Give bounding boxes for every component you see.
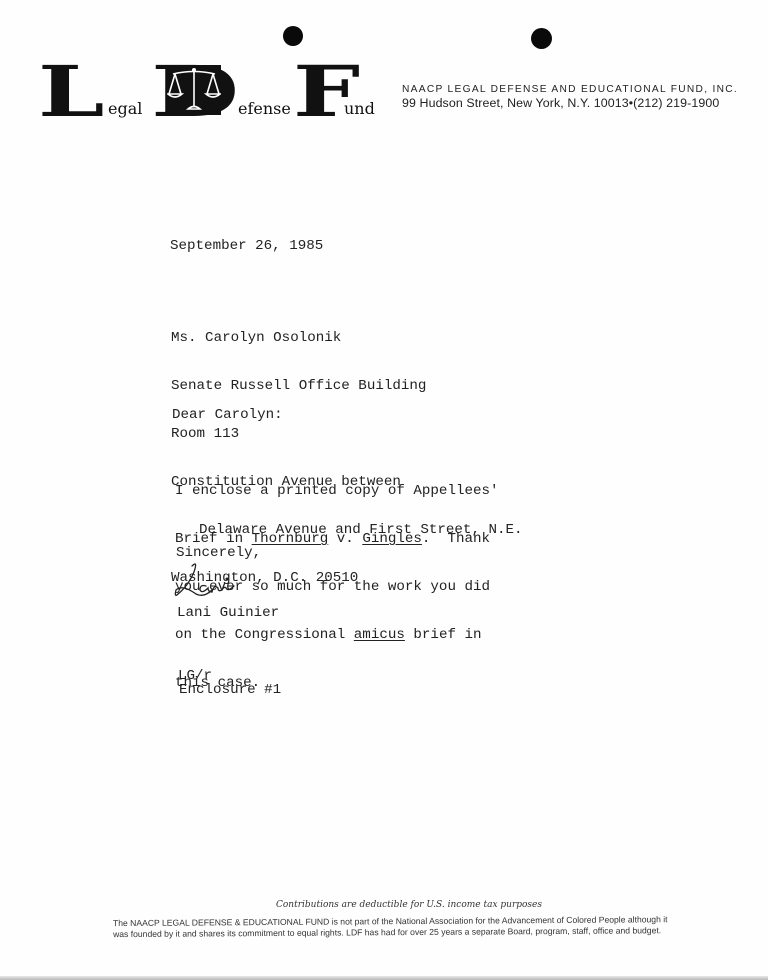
recipient-building: Senate Russell Office Building (171, 378, 523, 394)
organization-info: NAACP LEGAL DEFENSE AND EDUCATIONAL FUND… (402, 84, 738, 110)
body-text-fragment: on the Congressional (175, 627, 354, 643)
body-line: I enclose a printed copy of Appellees' (175, 483, 499, 499)
logo-word-efense: efense (238, 99, 291, 118)
body-text-fragment: v. (328, 531, 362, 547)
body-text-fragment: brief in (405, 627, 482, 643)
closing: Sincerely, (176, 545, 261, 561)
salutation: Dear Carolyn: (172, 407, 283, 423)
enclosure-note: Enclosure #1 (179, 682, 281, 698)
footer-disclaimer: The NAACP LEGAL DEFENSE & EDUCATIONAL FU… (113, 914, 713, 940)
page-edge (0, 976, 768, 980)
signer-name: Lani Guinier (177, 605, 279, 621)
recipient-room: Room 113 (171, 426, 523, 442)
letter-page: L egal D efense F und NAACP LEGAL DEFENS… (0, 0, 768, 980)
organization-address: 99 Hudson Street, New York, N.Y. 10013•(… (402, 96, 738, 110)
amicus-term: amicus (354, 627, 405, 643)
logo-word-und: und (344, 99, 375, 118)
logo-letter-l: L (38, 57, 104, 127)
letter-date: September 26, 1985 (170, 238, 323, 254)
handwritten-signature (172, 560, 252, 604)
logo-word-egal: egal (108, 99, 142, 118)
recipient-name: Ms. Carolyn Osolonik (171, 330, 523, 346)
decorative-dot (531, 28, 552, 49)
body-line: on the Congressional amicus brief in (175, 627, 499, 643)
decorative-dot (283, 26, 303, 46)
case-name-thornburg: Thornburg (252, 531, 329, 547)
case-name-gingles: Gingles (362, 531, 422, 547)
tax-deductible-note: Contributions are deductible for U.S. in… (0, 900, 768, 910)
body-text-fragment: . Thank (422, 531, 490, 547)
organization-name: NAACP LEGAL DEFENSE AND EDUCATIONAL FUND… (402, 84, 738, 95)
scales-of-justice-icon (167, 65, 221, 115)
ldf-logo: L egal D efense F und (38, 55, 388, 125)
